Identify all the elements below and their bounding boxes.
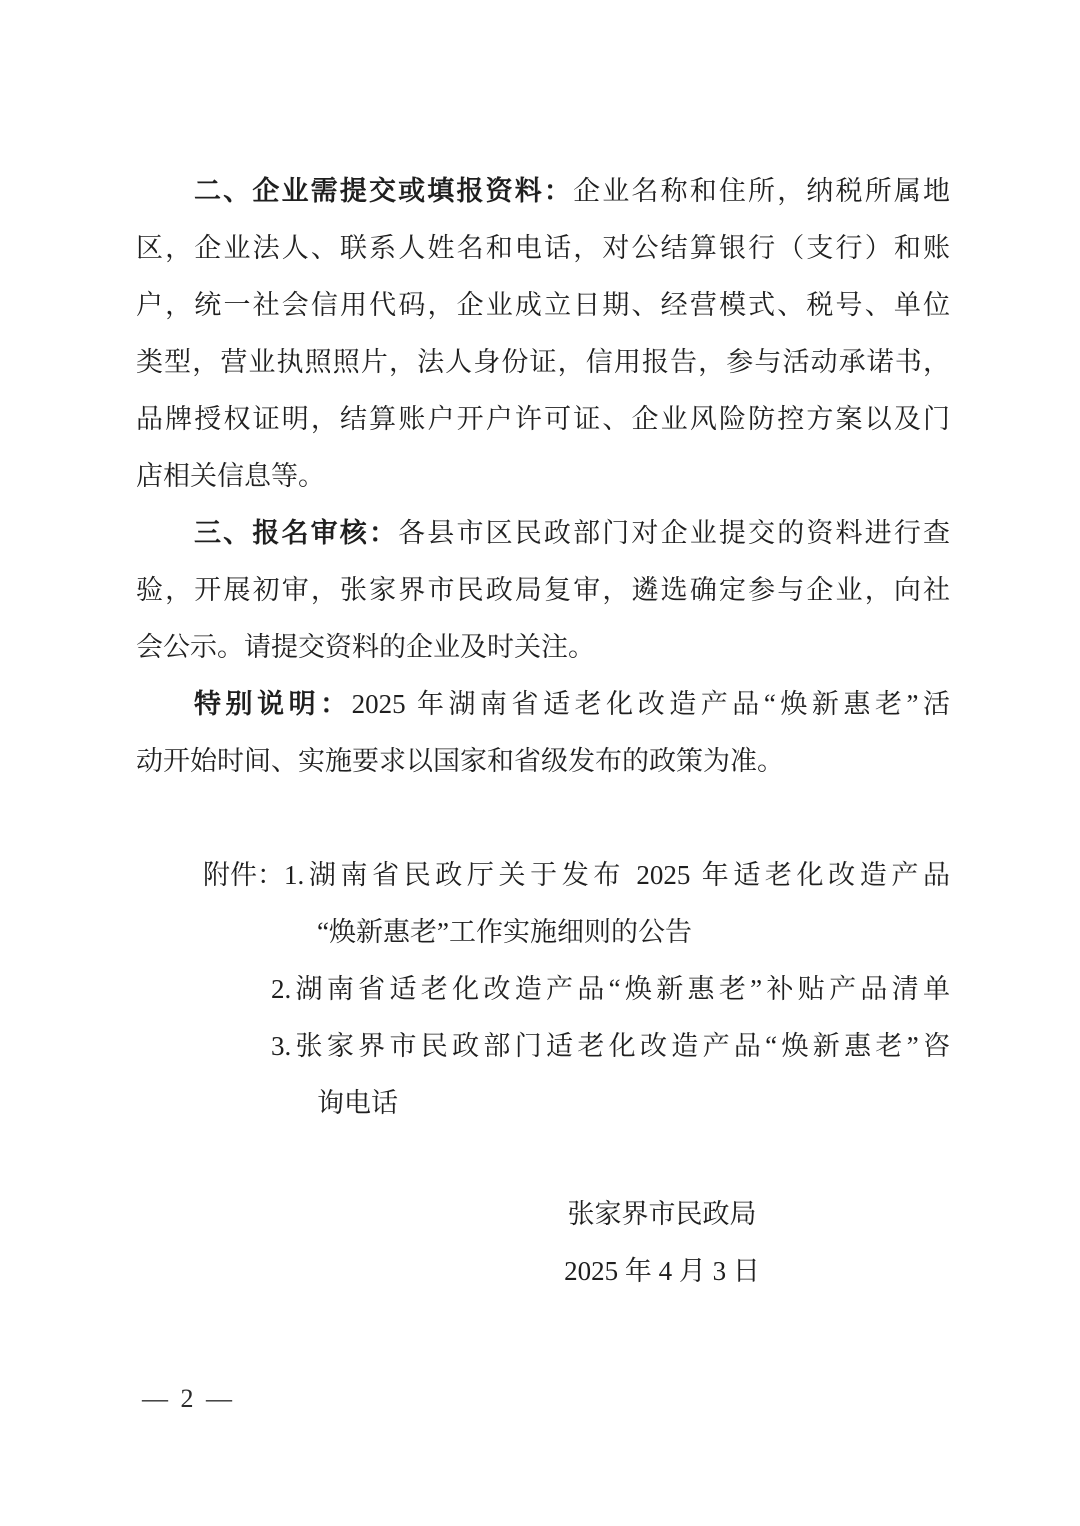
section-special-note: 特别说明：2025 年湖南省适老化改造产品“焕新惠老”活 动开始时间、实施要求以… [136, 676, 950, 790]
attachment-item: 2.湖南省适老化改造产品“焕新惠老”补贴产品清单 [136, 961, 950, 1018]
signature-block: 张家界市民政局 2025 年 4 月 3 日 [136, 1186, 950, 1300]
paragraph-line: 户，统一社会信用代码，企业成立日期、经营模式、税号、单位 [136, 277, 950, 334]
paragraph-text: 企业名称和住所，纳税所属地 [573, 176, 950, 206]
paragraph-text: 各县市区民政部门对企业提交的资料进行查 [398, 518, 950, 548]
paragraph-text: 2025 年湖南省适老化改造产品“焕新惠老”活 [352, 689, 950, 719]
document-body: 二、企业需提交或填报资料：企业名称和住所，纳税所属地 区，企业法人、联系人姓名和… [136, 163, 950, 1300]
paragraph-line: 类型，营业执照照片，法人身份证，信用报告，参与活动承诺书， [136, 334, 950, 391]
section-heading: 特别说明： [194, 689, 352, 719]
signature-org: 张家界市民政局 [526, 1186, 798, 1243]
attachments-label: 附件： [136, 847, 284, 904]
paragraph-line: 特别说明：2025 年湖南省适老化改造产品“焕新惠老”活 [136, 676, 950, 733]
signature-date: 2025 年 4 月 3 日 [526, 1243, 798, 1300]
paragraph-line: 区，企业法人、联系人姓名和电话，对公结算银行（支行）和账 [136, 220, 950, 277]
section-materials: 二、企业需提交或填报资料：企业名称和住所，纳税所属地 区，企业法人、联系人姓名和… [136, 163, 950, 505]
paragraph-line: 验，开展初审，张家界市民政局复审，遴选确定参与企业，向社 [136, 562, 950, 619]
paragraph-line: 二、企业需提交或填报资料：企业名称和住所，纳税所属地 [136, 163, 950, 220]
section-review: 三、报名审核：各县市区民政部门对企业提交的资料进行查 验，开展初审，张家界市民政… [136, 505, 950, 676]
paragraph-line: 会公示。请提交资料的企业及时关注。 [136, 619, 950, 676]
paragraph-line: 动开始时间、实施要求以国家和省级发布的政策为准。 [136, 733, 950, 790]
attachment-item: 3.张家界市民政部门适老化改造产品“焕新惠老”咨 [136, 1018, 950, 1075]
attachment-line: 附件： 1.湖南省民政厅关于发布 2025 年适老化改造产品 [136, 847, 950, 904]
paragraph-line: 店相关信息等。 [136, 448, 950, 505]
paragraph-line: 三、报名审核：各县市区民政部门对企业提交的资料进行查 [136, 505, 950, 562]
page-number: — 2 — [142, 1384, 232, 1414]
section-heading: 二、企业需提交或填报资料： [194, 176, 573, 206]
attachment-line: 询电话 [136, 1075, 950, 1132]
attachments-block: 附件： 1.湖南省民政厅关于发布 2025 年适老化改造产品 “焕新惠老”工作实… [136, 847, 950, 1132]
document-page: 二、企业需提交或填报资料：企业名称和住所，纳税所属地 区，企业法人、联系人姓名和… [0, 0, 1080, 1526]
section-heading: 三、报名审核： [194, 518, 398, 548]
paragraph-line: 品牌授权证明，结算账户开户许可证、企业风险防控方案以及门 [136, 391, 950, 448]
attachment-line: “焕新惠老”工作实施细则的公告 [136, 904, 950, 961]
attachment-item: 1.湖南省民政厅关于发布 2025 年适老化改造产品 [284, 847, 950, 904]
